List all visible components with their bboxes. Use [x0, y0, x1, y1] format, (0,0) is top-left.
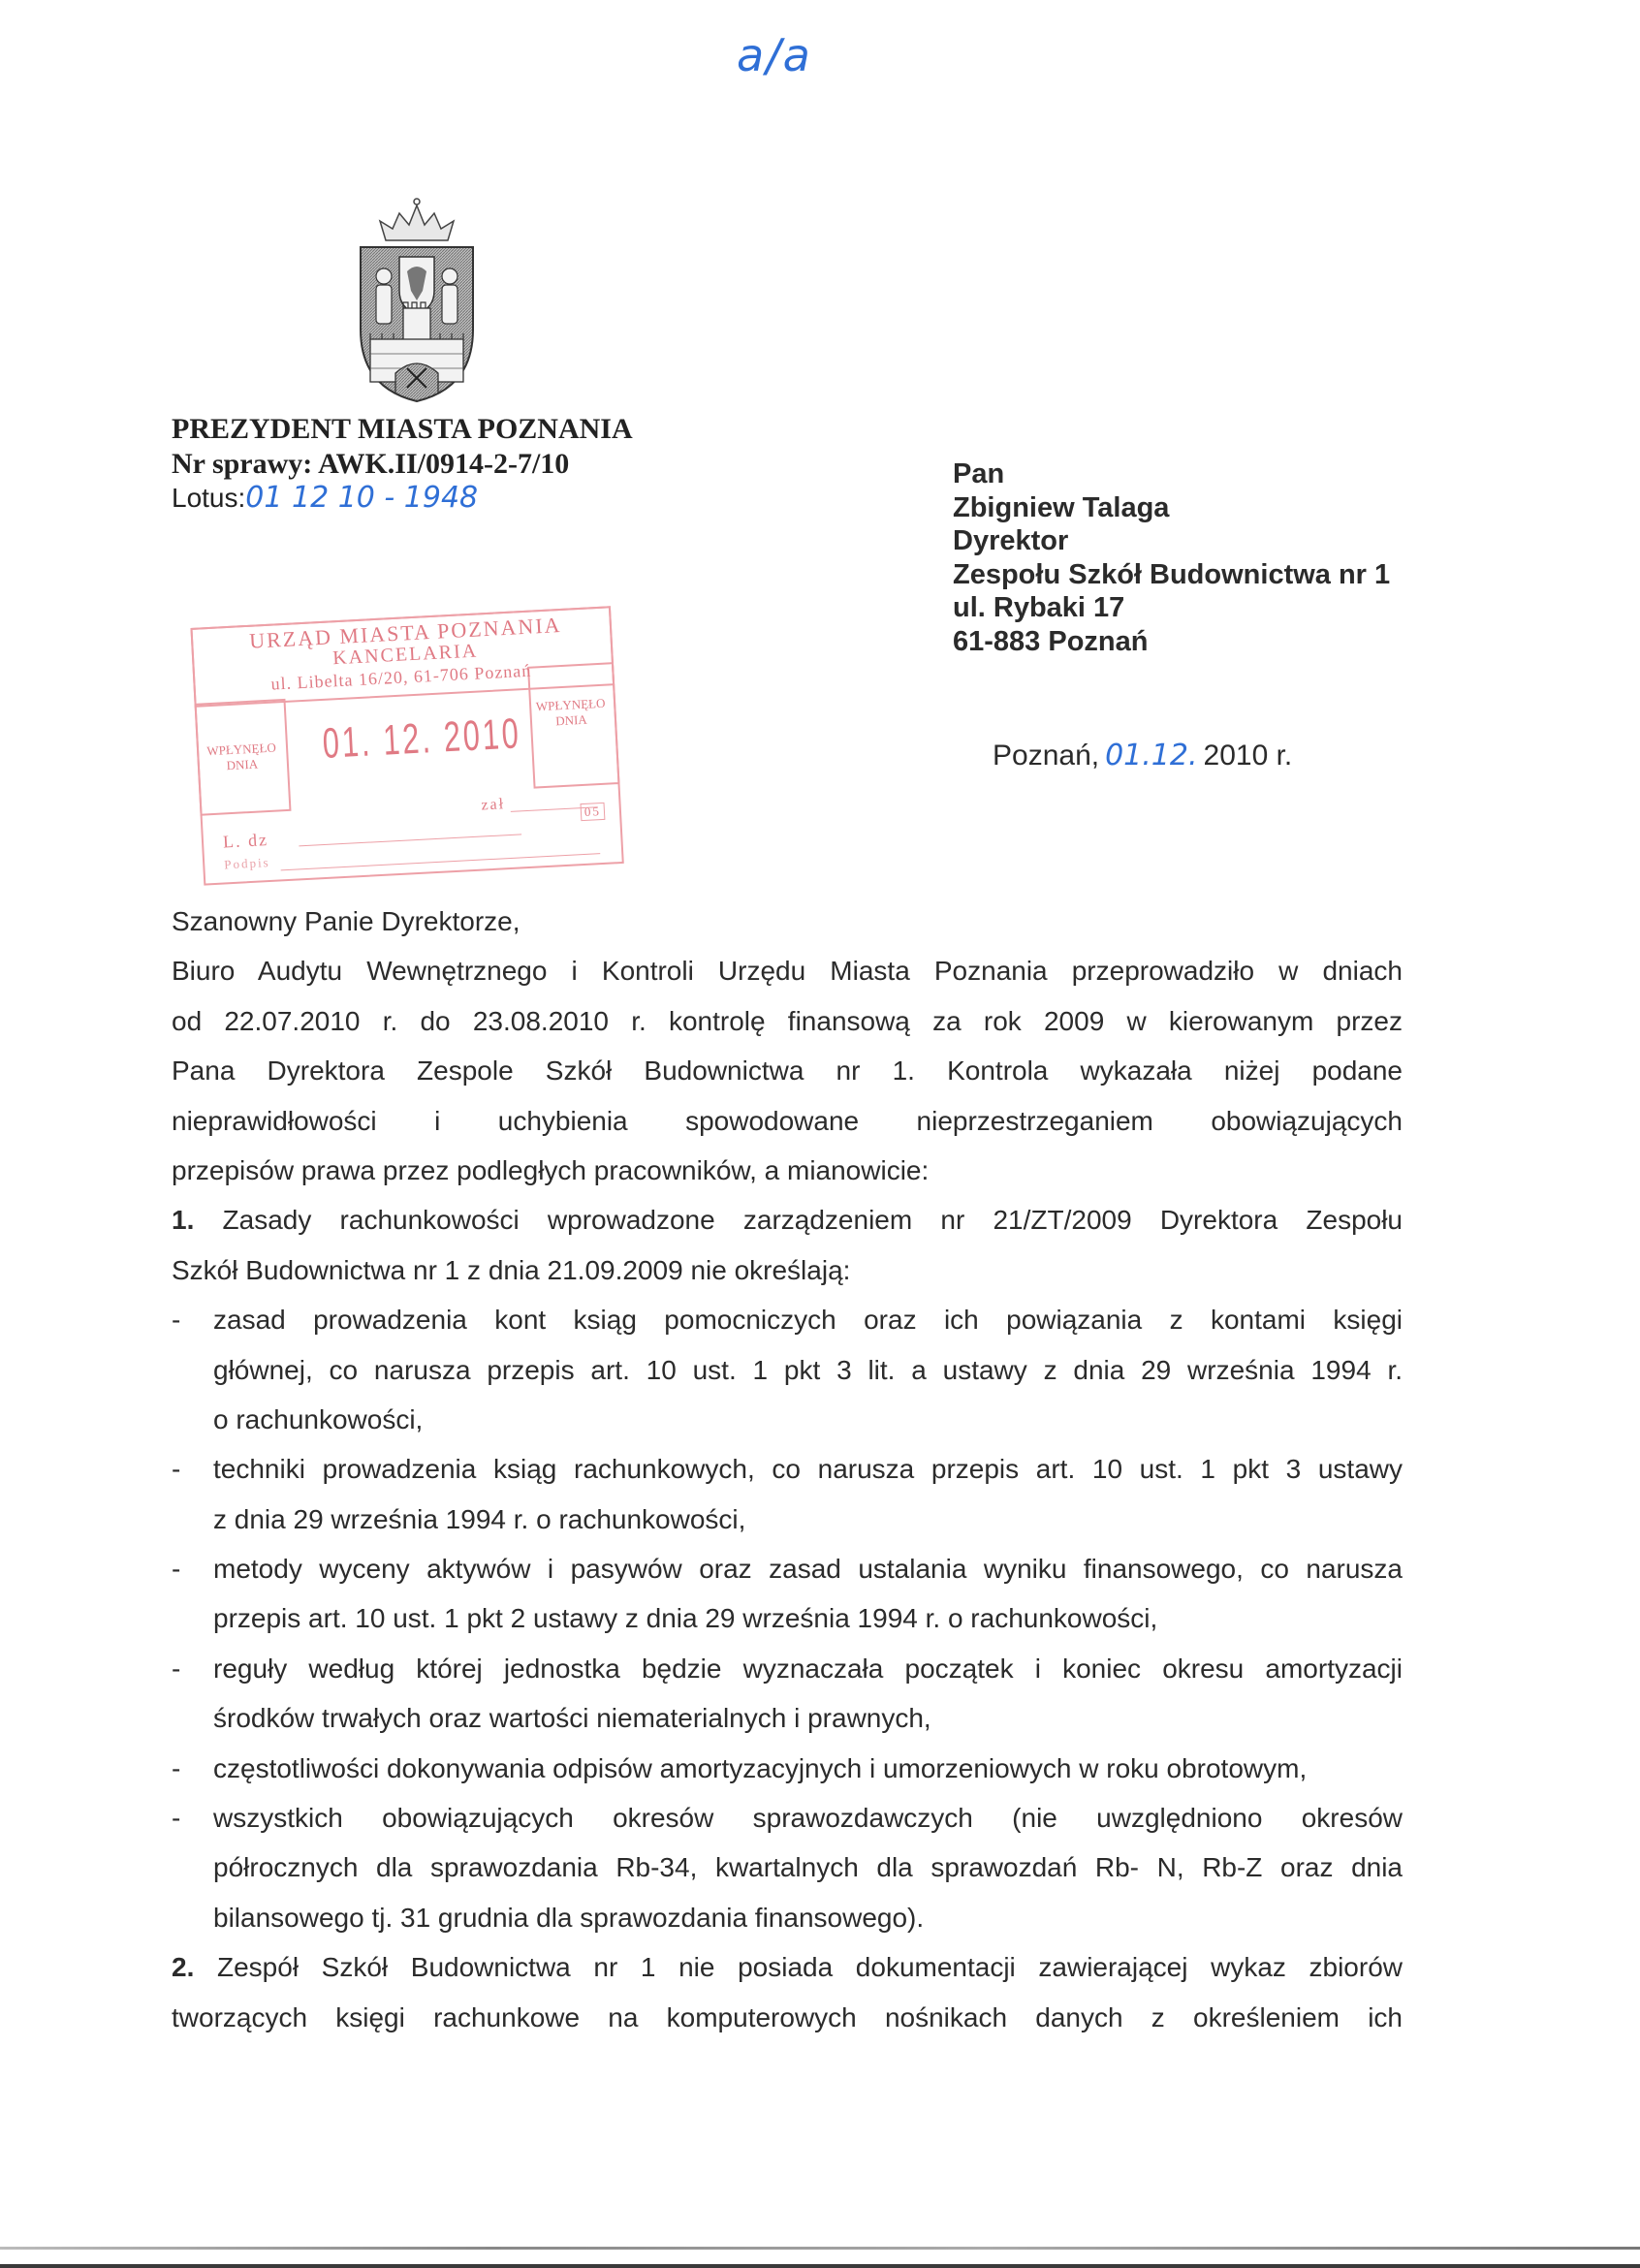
bullet-line: bilansowego tj. 31 grudnia dla sprawozda…	[172, 1893, 1403, 1942]
bullet-line: przepis art. 10 ust. 1 pkt 2 ustawy z dn…	[172, 1593, 1403, 1643]
recipient-line: Dyrektor	[953, 524, 1390, 558]
intro-line: Pana Dyrektora Zespole Szkół Budownictwa…	[172, 1046, 1403, 1095]
bullet-line: -częstotliwości dokonywania odpisów amor…	[172, 1744, 1403, 1793]
bullet-line: -techniki prowadzenia ksiąg rachunkowych…	[172, 1444, 1403, 1494]
stamp-received-right: WPŁYNĘŁO DNIA	[534, 696, 609, 731]
lotus-label: Lotus:	[172, 483, 245, 513]
intro-line: przepisów prawa przez podległych pracown…	[172, 1146, 1403, 1195]
date-handwritten: 01.12.	[1105, 739, 1197, 772]
bullet-line: głównej, co narusza przepis art. 10 ust.…	[172, 1345, 1403, 1395]
bullet-line: -metody wyceny aktywów i pasywów oraz za…	[172, 1544, 1403, 1593]
point-2-line: 2. Zespół Szkół Budownictwa nr 1 nie pos…	[172, 1942, 1403, 1992]
handwritten-note: a/a	[737, 29, 812, 81]
coat-of-arms-icon	[349, 194, 485, 407]
bullet-line: półrocznych dla sprawozdania Rb-34, kwar…	[172, 1843, 1403, 1892]
point-1-line: 1. Zasady rachunkowości wprowadzone zarz…	[172, 1195, 1403, 1244]
intro-line: nieprawidłowości i uchybienia spowodowan…	[172, 1096, 1403, 1146]
salutation: Szanowny Panie Dyrektorze,	[172, 897, 1403, 946]
point-1-number: 1.	[172, 1205, 194, 1235]
point-2-line: tworzących księgi rachunkowe na komputer…	[172, 1993, 1403, 2042]
date-year: 2010 r.	[1204, 740, 1293, 772]
lotus-reference: Lotus:01 12 10 - 1948	[172, 482, 633, 515]
scan-edge	[0, 2247, 1640, 2250]
recipient-line: Pan	[953, 457, 1390, 491]
recipient-line: Zespołu Szkół Budownictwa nr 1	[953, 558, 1390, 592]
sender-office: PREZYDENT MIASTA POZNANIA	[172, 412, 633, 447]
bullet-line: środków trwałych oraz wartości niemateri…	[172, 1693, 1403, 1743]
stamp-attachments-label: zał	[481, 796, 506, 814]
sender-header: PREZYDENT MIASTA POZNANIA Nr sprawy: AWK…	[172, 412, 633, 515]
stamp-code: 05	[581, 803, 606, 821]
bullet-line: o rachunkowości,	[172, 1395, 1403, 1444]
recipient-address: Pan Zbigniew Talaga Dyrektor Zespołu Szk…	[953, 457, 1390, 658]
bullet-line: -reguły według której jednostka będzie w…	[172, 1644, 1403, 1693]
stamp-date: 01. 12. 2010	[322, 709, 522, 769]
stamp-received-left: WPŁYNĘŁO DNIA	[203, 740, 282, 774]
stamp-sign-label: Podpis	[224, 855, 270, 872]
registry-stamp: URZĄD MIASTA POZNANIA KANCELARIA ul. Lib…	[189, 578, 640, 881]
recipient-line: 61-883 Poznań	[953, 625, 1390, 659]
intro-line: Biuro Audytu Wewnętrznego i Kontroli Urz…	[172, 946, 1403, 995]
bullet-line: -zasad prowadzenia kont ksiąg pomocniczy…	[172, 1295, 1403, 1344]
letter-date: Poznań,01.12.2010 r.	[993, 739, 1292, 772]
intro-line: od 22.07.2010 r. do 23.08.2010 r. kontro…	[172, 996, 1403, 1046]
point-1-line: Szkół Budownictwa nr 1 z dnia 21.09.2009…	[172, 1245, 1403, 1295]
date-city: Poznań,	[993, 740, 1099, 772]
recipient-line: Zbigniew Talaga	[953, 491, 1390, 525]
point-2-number: 2.	[172, 1952, 194, 1982]
stamp-ldz-label: L. dz	[223, 830, 269, 852]
bullet-line: z dnia 29 września 1994 r. o rachunkowoś…	[172, 1495, 1403, 1544]
letter-body: Szanowny Panie Dyrektorze, Biuro Audytu …	[172, 897, 1403, 2042]
case-number: Nr sprawy: AWK.II/0914-2-7/10	[172, 447, 633, 482]
scan-edge-dark	[0, 2264, 1640, 2268]
lotus-handwritten-number: 01 12 10 - 1948	[245, 481, 478, 515]
bullet-line: -wszystkich obowiązujących okresów spraw…	[172, 1793, 1403, 1843]
recipient-line: ul. Rybaki 17	[953, 591, 1390, 625]
